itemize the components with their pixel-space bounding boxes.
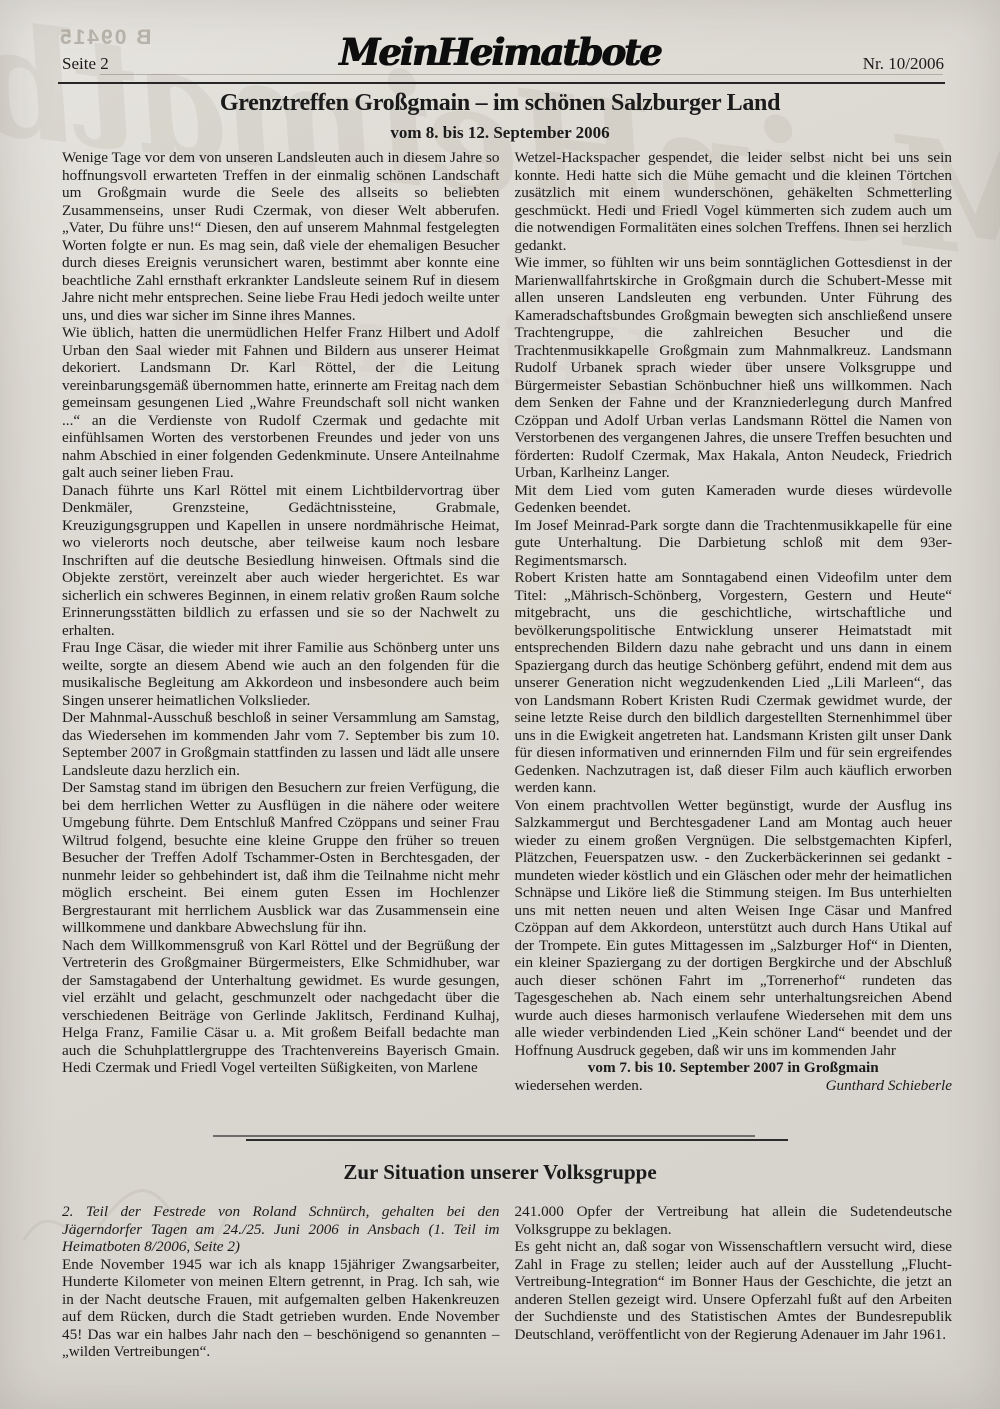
section-separator-rule [246, 1139, 788, 1141]
paragraph: Nach dem Willkommensgruß von Karl Röttel… [62, 937, 500, 1077]
second-article-heading: Zur Situation unserer Volksgruppe [0, 1160, 1000, 1185]
paragraph: Mit dem Lied vom guten Kameraden wurde d… [515, 482, 953, 517]
editorial-note: 2. Teil der Festrede von Roland Schnürch… [62, 1203, 500, 1256]
issue-number-label: Nr. 10/2006 [863, 54, 944, 74]
section-separator-rule [213, 1135, 755, 1137]
next-meeting-date-line: vom 7. bis 10. September 2007 in Großgma… [515, 1059, 953, 1077]
article-title: Grenztreffen Großgmain – im schönen Salz… [0, 90, 1000, 117]
second-article-columns: 2. Teil der Festrede von Roland Schnürch… [62, 1203, 952, 1361]
paragraph: Danach führte uns Karl Röttel mit einem … [62, 482, 500, 640]
paragraph: Es geht nicht an, daß sogar von Wissensc… [515, 1238, 953, 1343]
masthead-logo: MeinHeimatbote [0, 30, 1000, 74]
paragraph: Im Josef Meinrad-Park sorgte dann die Tr… [515, 517, 953, 570]
article-subtitle: vom 8. bis 12. September 2006 [0, 123, 1000, 143]
paragraph: Wie üblich, hatten die unermüdlichen Hel… [62, 324, 500, 482]
header-thin-rule [100, 74, 943, 75]
paragraph: Frau Inge Cäsar, die wieder mit ihrer Fa… [62, 639, 500, 709]
paragraph: Wie immer, so fühlten wir uns beim sonnt… [515, 254, 953, 482]
closing-row: wiedersehen werden. Gunthard Schieberle [515, 1077, 953, 1095]
paragraph: Von einem prachtvollen Wetter begünstigt… [515, 797, 953, 1060]
paragraph: Wetzel-Hackspacher gespendet, die leider… [515, 149, 953, 254]
paragraph: Ende November 1945 war ich als knapp 15j… [62, 1256, 500, 1361]
paragraph: Robert Kristen hatte am Sonntagabend ein… [515, 569, 953, 797]
main-article-right-column: Wetzel-Hackspacher gespendet, die leider… [515, 149, 953, 1094]
paragraph: Wenige Tage vor dem von unseren Landsleu… [62, 149, 500, 324]
main-article-columns: Wenige Tage vor dem von unseren Landsleu… [62, 149, 952, 1094]
header-rule [58, 82, 945, 84]
second-article-right-column: 241.000 Opfer der Vertreibung hat allein… [515, 1203, 953, 1361]
closing-text: wiedersehen werden. [515, 1077, 643, 1095]
paragraph: Der Samstag stand im übrigen den Besuche… [62, 779, 500, 937]
paragraph: Der Mahnmal-Ausschuß beschloß in seiner … [62, 709, 500, 779]
second-article-left-column: 2. Teil der Festrede von Roland Schnürch… [62, 1203, 500, 1361]
author-signature: Gunthard Schieberle [826, 1077, 952, 1095]
main-article-left-column: Wenige Tage vor dem von unseren Landsleu… [62, 149, 500, 1094]
newspaper-page-scan: MeinHeimatbote MeinHeimatbote B 09415 Se… [0, 0, 1000, 1409]
paragraph: 241.000 Opfer der Vertreibung hat allein… [515, 1203, 953, 1238]
